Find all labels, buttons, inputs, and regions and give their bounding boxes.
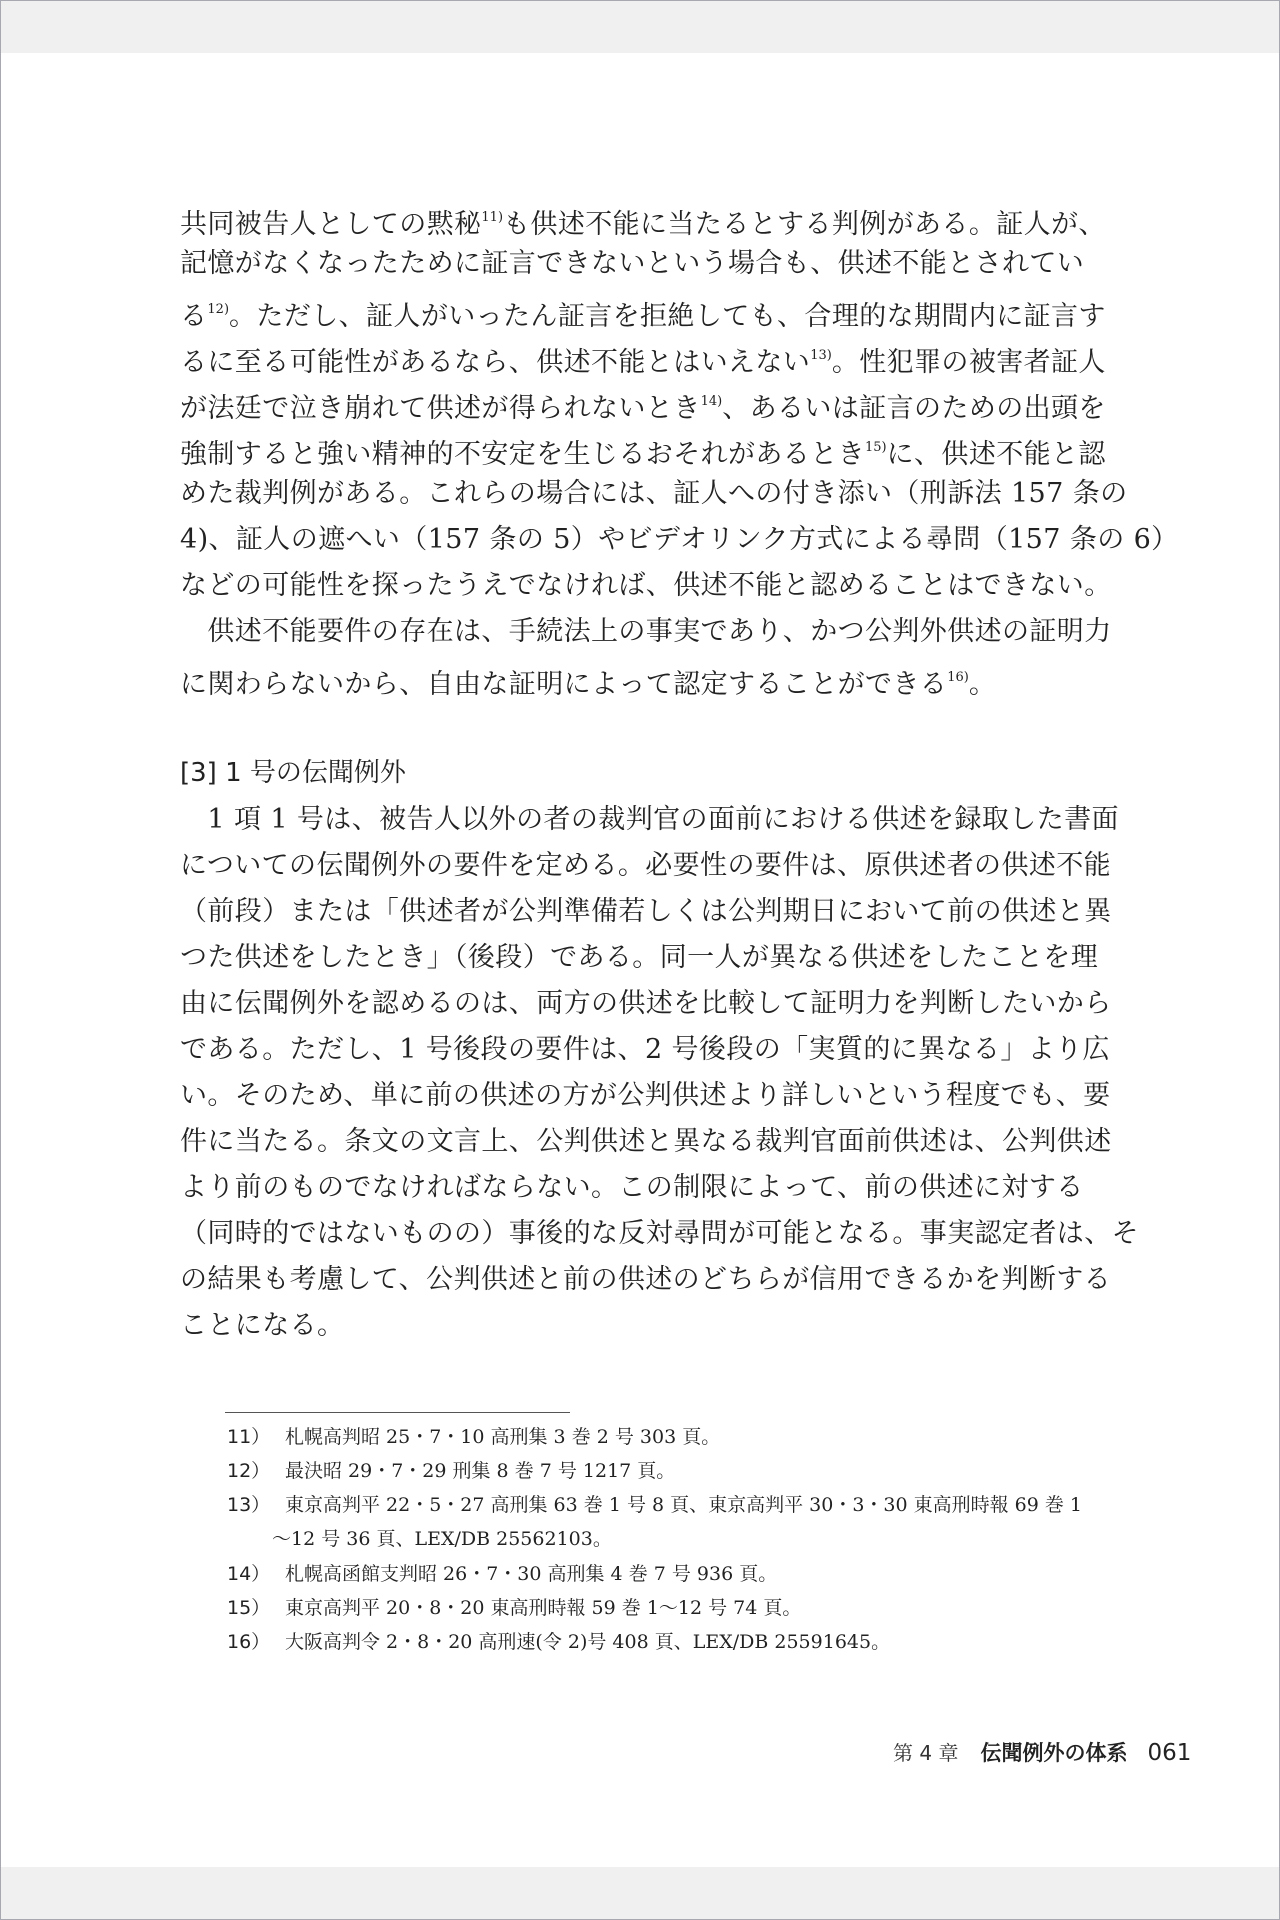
footnote-ref[interactable]: 15) bbox=[865, 440, 887, 455]
body-line: 供述不能要件の存在は、手続法上の事実であり、かつ公判外供述の証明力 bbox=[180, 609, 1135, 655]
chapter-label: 第 4 章 bbox=[893, 1741, 958, 1765]
text: る bbox=[180, 301, 207, 332]
footnote: 12）最決昭 29・7・29 刑集 8 巻 7 号 1217 頁。 bbox=[227, 1454, 675, 1488]
body-line: つた供述をしたとき」（後段）である。同一人が異なる供述をしたことを理 bbox=[180, 935, 1135, 981]
body-line: 件に当たる。条文の文言上、公判供述と異なる裁判官面前供述は、公判供述 bbox=[180, 1119, 1135, 1165]
body-line: 4)、証人の遮へい（157 条の 5）やビデオリンク方式による尋問（157 条の… bbox=[180, 517, 1135, 563]
text: 記憶がなくなったために証言できないという場合も、供述不能とされてい bbox=[180, 248, 1084, 279]
page-number: 061 bbox=[1147, 1740, 1191, 1766]
body-line: に関わらないから、自由な証明によって認定することができる16)。 bbox=[180, 655, 1135, 701]
body-line: めた裁判例がある。これらの場合には、証人への付き添い（刑訴法 157 条の bbox=[180, 471, 1135, 517]
footnote-divider bbox=[225, 1412, 570, 1413]
footnote-number: 16） bbox=[227, 1625, 285, 1659]
footnote-text: 札幌高判昭 25・7・10 高刑集 3 巻 2 号 303 頁。 bbox=[285, 1426, 720, 1448]
footnote-number: 15） bbox=[227, 1591, 285, 1625]
body-line: が法廷で泣き崩れて供述が得られないとき14)、あるいは証言のための出頭を bbox=[180, 379, 1135, 425]
footnote-number: 13） bbox=[227, 1488, 285, 1522]
footnote-text: 札幌高函館支判昭 26・7・30 高刑集 4 巻 7 号 936 頁。 bbox=[285, 1563, 777, 1585]
footnote-text: 東京高判平 22・5・27 高刑集 63 巻 1 号 8 頁、東京高判平 30・… bbox=[285, 1494, 1082, 1516]
text: 。 bbox=[969, 669, 996, 700]
body-line: 由に伝聞例外を認めるのは、両方の供述を比較して証明力を判断したいから bbox=[180, 981, 1135, 1027]
body-line: 共同被告人としての黙秘11)も供述不能に当たるとする判例がある。証人が、 bbox=[180, 195, 1135, 241]
footnote-ref[interactable]: 13) bbox=[810, 348, 832, 363]
body-line: についての伝聞例外の要件を定める。必要性の要件は、原供述者の供述不能 bbox=[180, 843, 1135, 889]
footnote-ref[interactable]: 14) bbox=[701, 394, 723, 409]
text: に関わらないから、自由な証明によって認定することができる bbox=[180, 669, 947, 700]
body-line: の結果も考慮して、公判供述と前の供述のどちらが信用できるかを判断する bbox=[180, 1257, 1135, 1303]
body-line: ことになる。 bbox=[180, 1303, 1135, 1349]
text: が法廷で泣き崩れて供述が得られないとき bbox=[180, 393, 701, 424]
footnote-text: 最決昭 29・7・29 刑集 8 巻 7 号 1217 頁。 bbox=[285, 1460, 675, 1482]
footnote-text: 東京高判平 20・8・20 東高刑時報 59 巻 1～12 号 74 頁。 bbox=[285, 1597, 801, 1619]
text: に、供述不能と認 bbox=[887, 439, 1106, 470]
top-margin-band bbox=[1, 1, 1279, 53]
body-line: る12)。ただし、証人がいったん証言を拒絶しても、合理的な期間内に証言す bbox=[180, 287, 1135, 333]
footnote-number: 12） bbox=[227, 1454, 285, 1488]
footnote: 11）札幌高判昭 25・7・10 高刑集 3 巻 2 号 303 頁。 bbox=[227, 1420, 720, 1454]
body-line: などの可能性を探ったうえでなければ、供述不能と認めることはできない。 bbox=[180, 563, 1135, 609]
footnote-ref[interactable]: 11) bbox=[481, 210, 503, 225]
text: 強制すると強い精神的不安定を生じるおそれがあるとき bbox=[180, 439, 865, 470]
body-line: い。そのため、単に前の供述の方が公判供述より詳しいという程度でも、要 bbox=[180, 1073, 1135, 1119]
footnote: 16）大阪高判令 2・8・20 高刑速(令 2)号 408 頁、LEX/DB 2… bbox=[227, 1625, 890, 1659]
footnote-ref[interactable]: 16) bbox=[947, 670, 969, 685]
text: めた裁判例がある。これらの場合には、証人への付き添い（刑訴法 157 条の bbox=[180, 478, 1128, 509]
body-line: である。ただし、1 号後段の要件は、2 号後段の「実質的に異なる」より広 bbox=[180, 1027, 1135, 1073]
section-heading: [3] 1 号の伝聞例外 bbox=[180, 750, 406, 796]
footnote-ref[interactable]: 12) bbox=[207, 302, 229, 317]
text: も供述不能に当たるとする判例がある。証人が、 bbox=[503, 209, 1106, 240]
body-line: 記憶がなくなったために証言できないという場合も、供述不能とされてい bbox=[180, 241, 1135, 287]
text: るに至る可能性があるなら、供述不能とはいえない bbox=[180, 347, 810, 378]
footnote-number: 14） bbox=[227, 1557, 285, 1591]
text: 供述不能要件の存在は、手続法上の事実であり、かつ公判外供述の証明力 bbox=[180, 616, 1112, 647]
footnote-text: 大阪高判令 2・8・20 高刑速(令 2)号 408 頁、LEX/DB 2559… bbox=[285, 1631, 890, 1653]
footnote-number: 11） bbox=[227, 1420, 285, 1454]
running-footer: 第 4 章伝聞例外の体系061 bbox=[893, 1735, 1191, 1771]
bottom-margin-band bbox=[1, 1867, 1279, 1919]
text: などの可能性を探ったうえでなければ、供述不能と認めることはできない。 bbox=[180, 570, 1112, 601]
chapter-title: 伝聞例外の体系 bbox=[980, 1741, 1127, 1765]
text: 。ただし、証人がいったん証言を拒絶しても、合理的な期間内に証言す bbox=[229, 301, 1106, 332]
body-line: （同時的ではないものの）事後的な反対尋問が可能となる。事実認定者は、そ bbox=[180, 1211, 1135, 1257]
text: 、あるいは証言のための出頭を bbox=[722, 393, 1106, 424]
text: 4)、証人の遮へい（157 条の 5）やビデオリンク方式による尋問（157 条の… bbox=[180, 524, 1179, 555]
text: 共同被告人としての黙秘 bbox=[180, 209, 481, 240]
body-line: 強制すると強い精神的不安定を生じるおそれがあるとき15)に、供述不能と認 bbox=[180, 425, 1135, 471]
footnote: 13）東京高判平 22・5・27 高刑集 63 巻 1 号 8 頁、東京高判平 … bbox=[227, 1488, 1082, 1522]
body-line: るに至る可能性があるなら、供述不能とはいえない13)。性犯罪の被害者証人 bbox=[180, 333, 1135, 379]
text: 。性犯罪の被害者証人 bbox=[832, 347, 1106, 378]
footnote: 14）札幌高函館支判昭 26・7・30 高刑集 4 巻 7 号 936 頁。 bbox=[227, 1557, 777, 1591]
body-line: より前のものでなければならない。この制限によって、前の供述に対する bbox=[180, 1165, 1135, 1211]
footnote: 15）東京高判平 20・8・20 東高刑時報 59 巻 1～12 号 74 頁。 bbox=[227, 1591, 801, 1625]
body-line: 1 項 1 号は、被告人以外の者の裁判官の面前における供述を録取した書面 bbox=[180, 797, 1135, 843]
body-line: （前段）または「供述者が公判準備若しくは公判期日において前の供述と異 bbox=[180, 889, 1135, 935]
footnote-continuation: ～12 号 36 頁、LEX/DB 25562103。 bbox=[272, 1522, 612, 1556]
